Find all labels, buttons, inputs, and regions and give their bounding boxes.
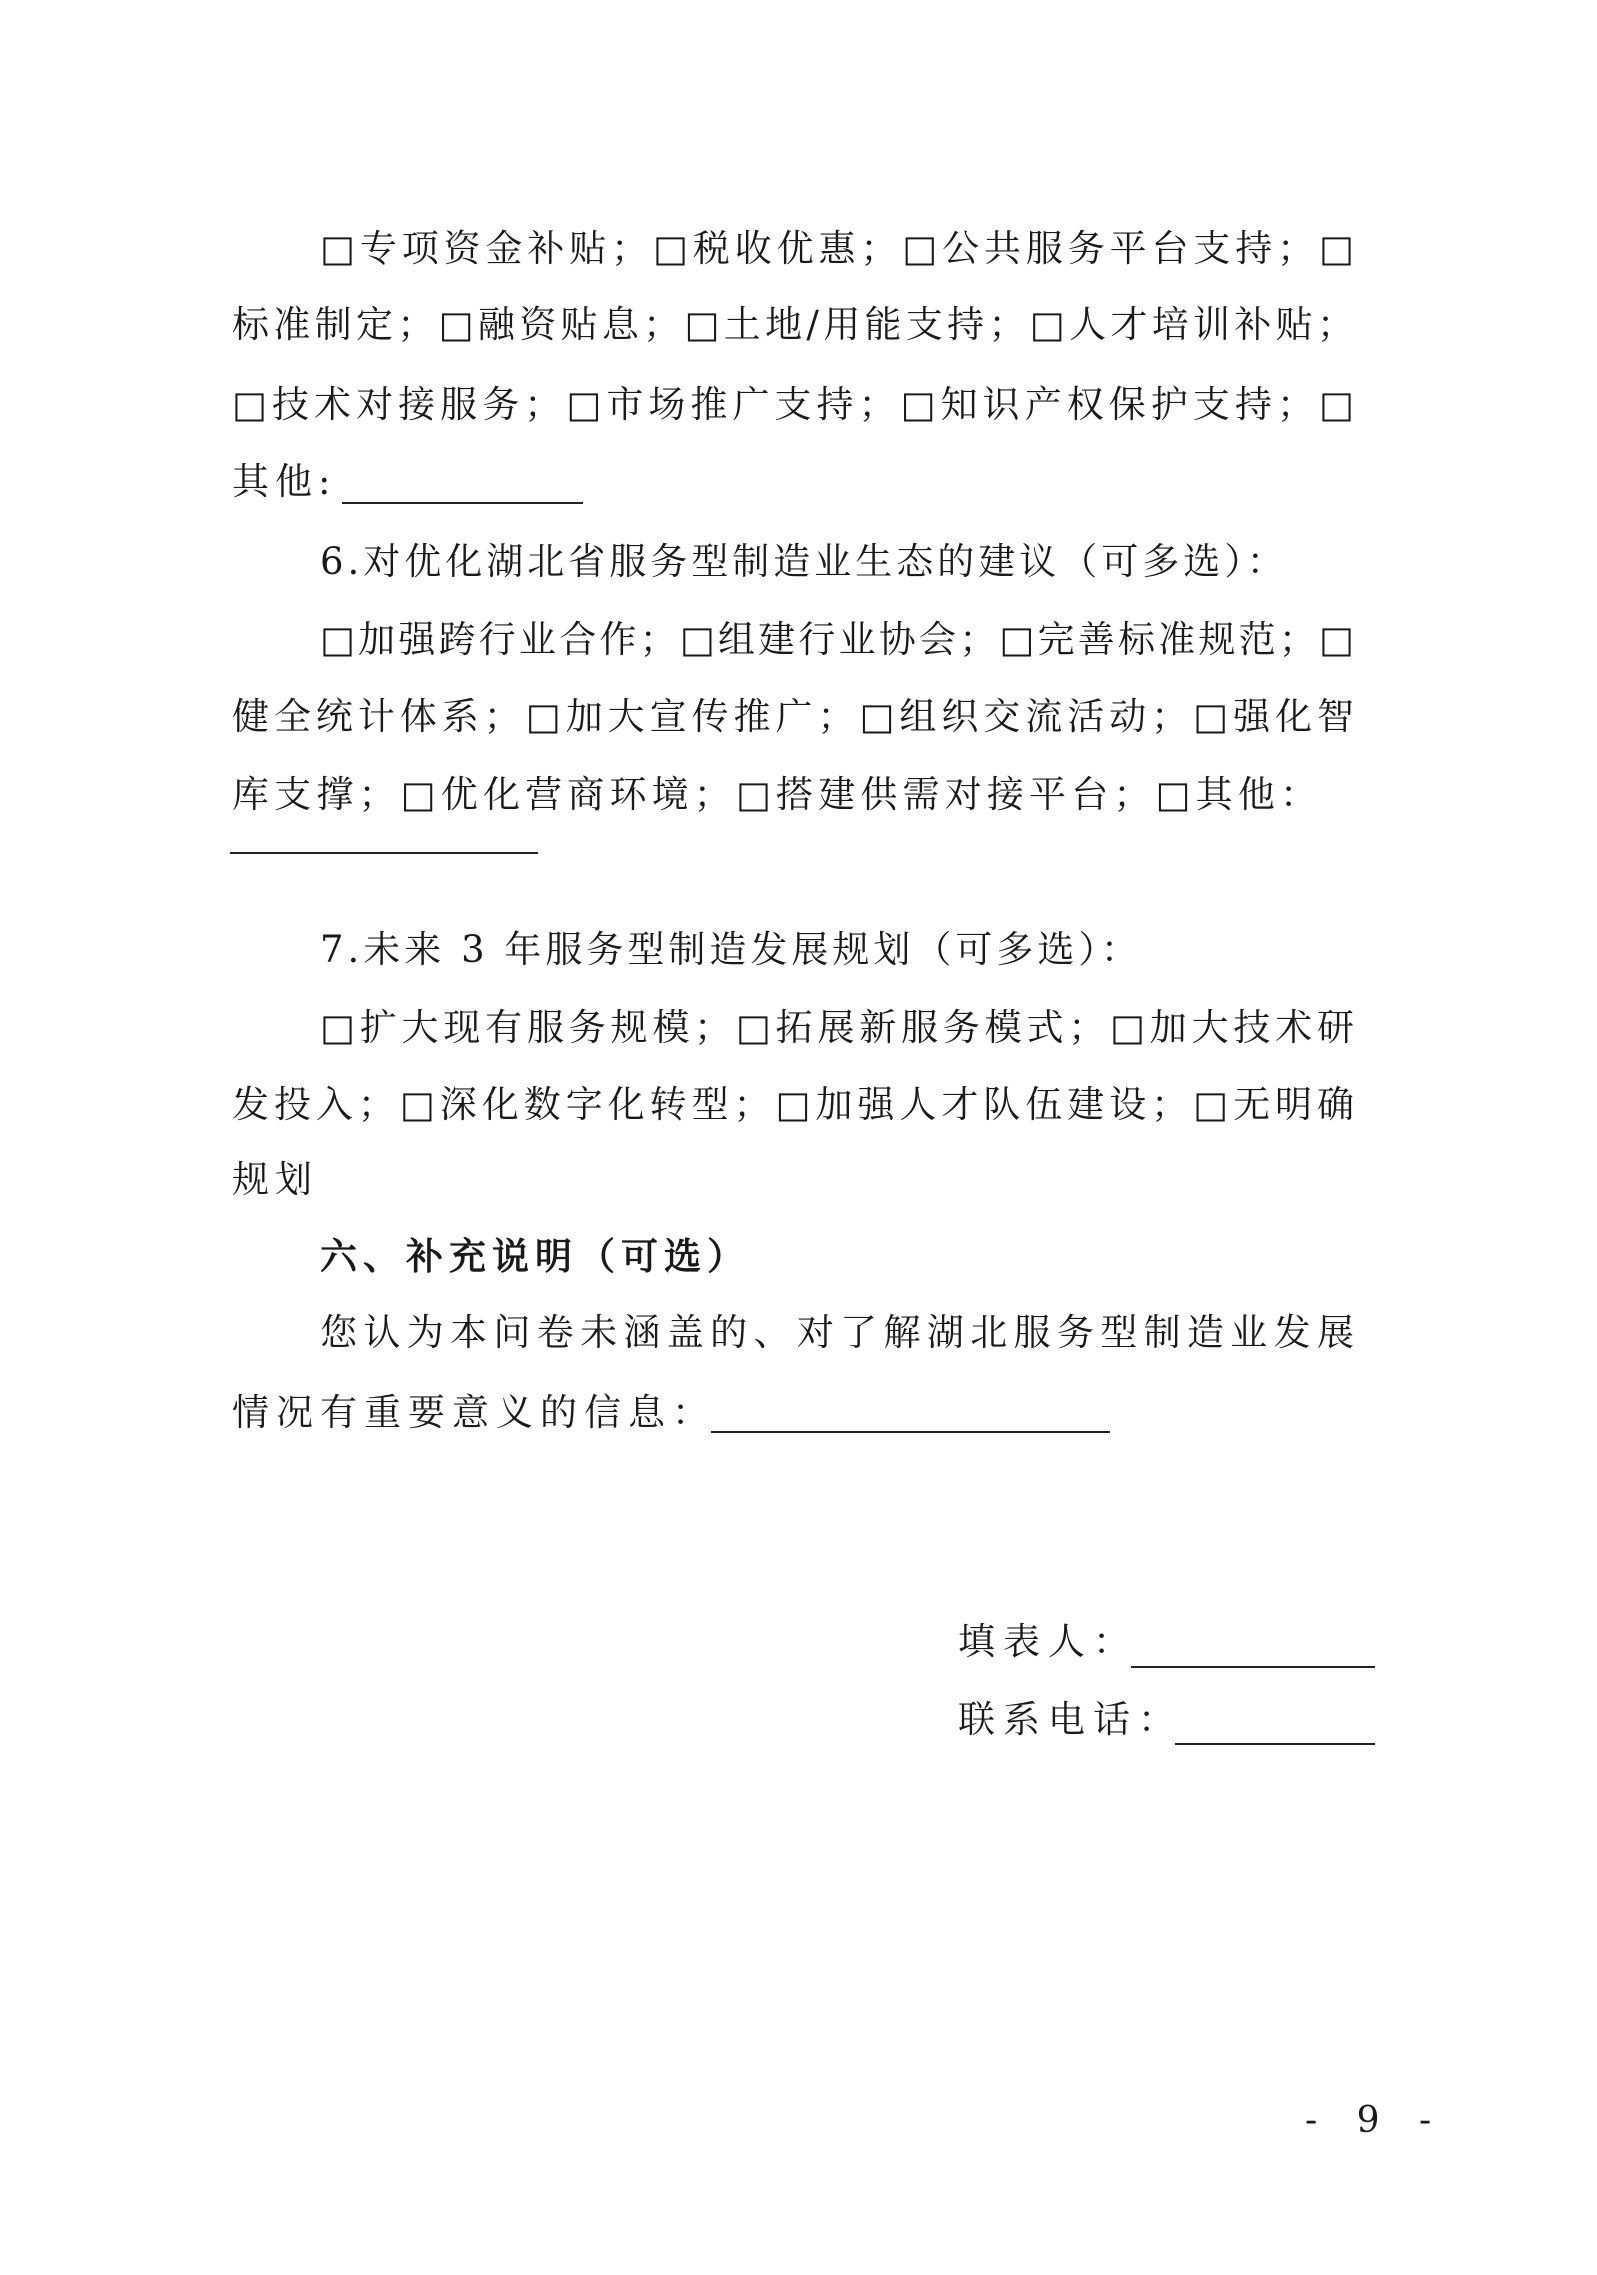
filler-label: 填表人： [958, 1617, 1138, 1667]
phone-field[interactable] [1175, 1743, 1375, 1745]
page-number: - 9 - [1305, 2100, 1445, 2141]
section-6-prompt-line-1: 您认为本问卷未涵盖的、对了解湖北服务型制造业发展 [320, 1308, 1354, 1358]
q6-options-line-1: □加强跨行业合作；□组建行业协会；□完善标准规范；□ [320, 615, 1354, 665]
q5-other-label: 其他: [232, 457, 336, 507]
q5-other-blank-field[interactable] [342, 502, 583, 504]
q5-options-line-3: □技术对接服务；□市场推广支持；□知识产权保护支持；□ [232, 380, 1354, 430]
q5-options-line-2: 标准制定；□融资贴息；□土地/用能支持；□人才培训补贴； [232, 300, 1354, 350]
q6-other-blank-field[interactable] [230, 852, 538, 854]
q6-options-line-3: 库支撑；□优化营商环境；□搭建供需对接平台；□其他： [232, 770, 1317, 820]
q5-options-line-1: □专项资金补贴；□税收优惠；□公共服务平台支持；□ [320, 224, 1354, 274]
q6-options-line-2: 健全统计体系；□加大宣传推广；□组织交流活动；□强化智 [232, 692, 1354, 742]
section-6-blank-field[interactable] [711, 1431, 1110, 1433]
section-6-prompt-line-2: 情况有重要意义的信息： [232, 1388, 716, 1438]
q7-options-line-1: □扩大现有服务规模；□拓展新服务模式；□加大技术研 [320, 1003, 1354, 1053]
question-6-title: 6.对优化湖北省服务型制造业生态的建议（可多选）： [320, 537, 1288, 587]
section-6-title: 六、补充说明（可选） [320, 1232, 750, 1282]
filler-name-field[interactable] [1131, 1666, 1375, 1668]
q7-options-line-3: 规划 [232, 1155, 318, 1205]
phone-label: 联系电话： [958, 1695, 1183, 1745]
q7-options-line-2: 发投入；□深化数字化转型；□加强人才队伍建设；□无明确 [232, 1080, 1354, 1130]
question-7-title: 7.未来 3 年服务型制造发展规划（可多选）： [320, 925, 1142, 975]
